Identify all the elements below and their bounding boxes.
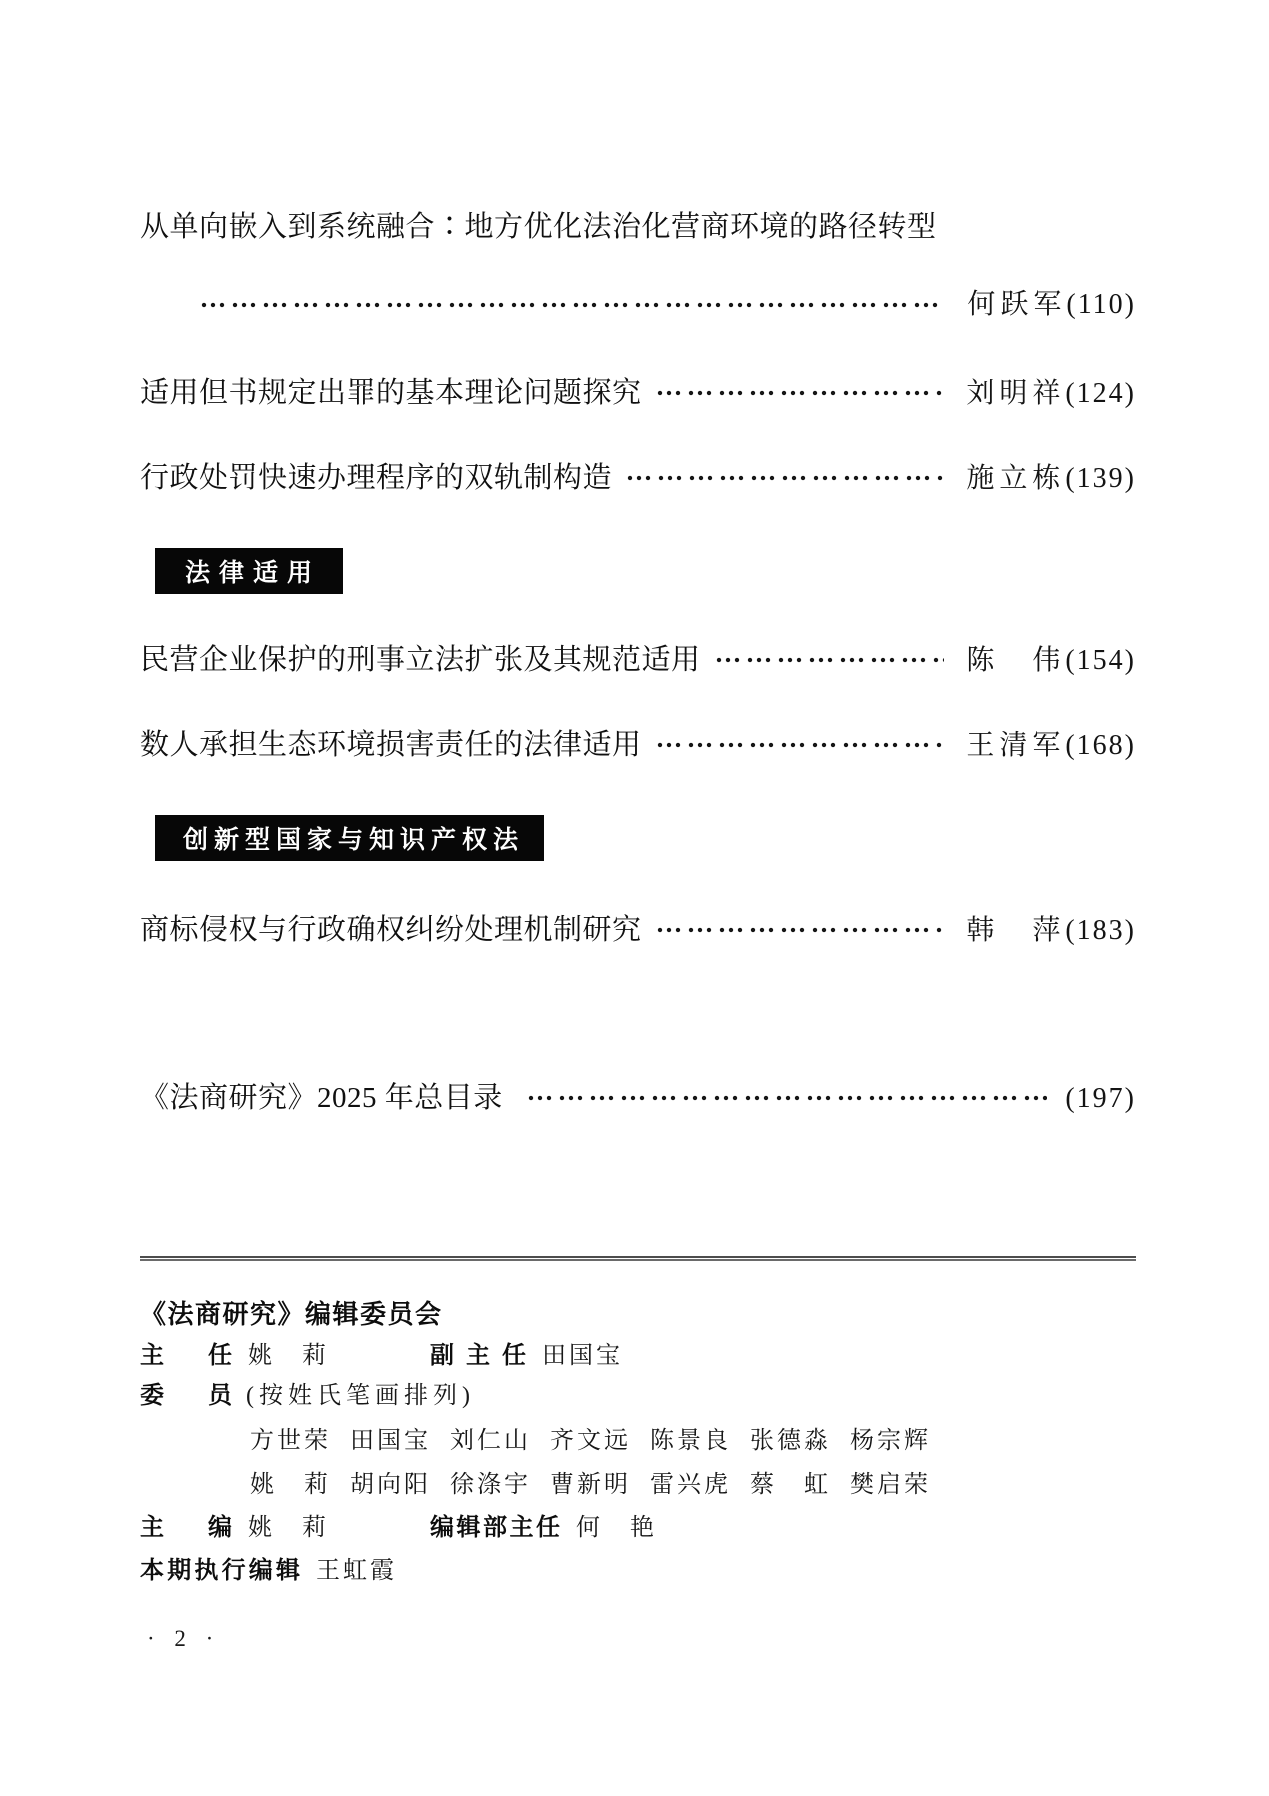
article-page-number: (139): [1065, 458, 1136, 500]
deputy-director-name: 田国宝: [542, 1339, 623, 1373]
member-name: 樊启荣: [850, 1468, 931, 1502]
article-page-number: (110): [1066, 284, 1136, 326]
editorial-members-row-1: 方世荣 田国宝 刘仁山 齐文远 陈景良 张德淼 杨宗辉: [140, 1424, 1136, 1458]
dept-director-name: 何 艳: [576, 1511, 657, 1545]
member-name: 徐涤宇: [450, 1468, 531, 1502]
toc-entry-row: 从单向嵌入到系统融合∶地方优化法治化营商环境的路径转型: [140, 206, 1136, 248]
toc-entry-row: 商标侵权与行政确权纠纷处理机制研究 韩 萍 (183): [140, 909, 1136, 951]
article-title: 从单向嵌入到系统融合∶地方优化法治化营商环境的路径转型: [140, 206, 937, 248]
section-header-label: 法律适用: [185, 553, 321, 589]
page-number: · 2 ·: [147, 1626, 220, 1652]
dotted-leader: [626, 457, 944, 499]
dotted-leader: [656, 372, 945, 414]
toc-entry-row: 适用但书规定出罪的基本理论问题探究 刘明祥 (124): [140, 372, 1136, 414]
executive-editor-name: 王虹霞: [316, 1554, 397, 1588]
article-author: 王清军: [966, 725, 1065, 767]
editorial-members-row-2: 姚 莉 胡向阳 徐涤宇 曹新明 雷兴虎 蔡 虹 樊启荣: [140, 1468, 1136, 1502]
section-header-label: 创新型国家与知识产权法: [183, 820, 524, 856]
toc-entry-row: 行政处罚快速办理程序的双轨制构造 施立栋 (139): [140, 457, 1136, 499]
toc-annual-index-row: 《法商研究》2025 年总目录 (197): [140, 1077, 1136, 1119]
article-title: 商标侵权与行政确权纠纷处理机制研究: [140, 909, 642, 951]
members-sorting-note: (按姓氏笔画排列): [246, 1379, 475, 1413]
member-name: 田国宝: [350, 1424, 431, 1458]
journal-toc-page: 从单向嵌入到系统融合∶地方优化法治化营商环境的路径转型 何跃军 (110) 适用…: [0, 0, 1269, 1796]
member-name: 曹新明: [550, 1468, 631, 1502]
director-label: 主任: [140, 1339, 232, 1373]
editorial-members-label-row: 委员 (按姓氏笔画排列): [140, 1379, 1136, 1413]
dotted-leader: [715, 639, 945, 681]
dotted-leader: [527, 1077, 1048, 1119]
article-author: 施立栋: [966, 458, 1065, 500]
article-title: 行政处罚快速办理程序的双轨制构造: [140, 457, 612, 499]
annual-index-title: 《法商研究》2025 年总目录: [140, 1077, 503, 1119]
double-rule-divider: [140, 1256, 1136, 1261]
article-title: 适用但书规定出罪的基本理论问题探究: [140, 372, 642, 414]
article-title: 民营企业保护的刑事立法扩张及其规范适用: [140, 639, 701, 681]
director-pair: 主任 姚 莉: [140, 1339, 430, 1373]
dotted-leader: [656, 909, 945, 951]
toc-entry-row: 民营企业保护的刑事立法扩张及其规范适用 陈 伟 (154): [140, 639, 1136, 681]
article-page-number: (154): [1065, 640, 1136, 682]
editorial-executive-editor-row: 本期执行编辑 王虹霞: [140, 1554, 1136, 1588]
member-name: 胡向阳: [350, 1468, 431, 1502]
dotted-leader: [656, 724, 945, 766]
member-name: 杨宗辉: [850, 1424, 931, 1458]
dept-director-label: 编辑部主任: [430, 1511, 560, 1545]
editorial-director-row: 主任 姚 莉 副主任 田国宝: [140, 1339, 1136, 1373]
article-author: 刘明祥: [966, 373, 1065, 415]
dotted-leader: [200, 284, 945, 326]
toc-entry-continuation-row: 何跃军 (110): [140, 284, 1136, 326]
article-author: 陈 伟: [966, 640, 1065, 682]
editorial-board-heading: 《法商研究》编辑委员会: [140, 1294, 443, 1331]
member-name: 齐文远: [550, 1424, 631, 1458]
editorial-chief-editor-row: 主编 姚 莉 编辑部主任 何 艳: [140, 1511, 1136, 1545]
member-name: 雷兴虎: [650, 1468, 731, 1502]
article-page-number: (183): [1065, 910, 1136, 952]
article-page-number: (124): [1065, 373, 1136, 415]
article-author: 韩 萍: [966, 910, 1065, 952]
section-header-innovation-ip-law: 创新型国家与知识产权法: [155, 815, 544, 861]
members-label: 委员: [140, 1379, 232, 1413]
member-name: 刘仁山: [450, 1424, 531, 1458]
article-page-number: (168): [1065, 725, 1136, 767]
member-name: 蔡 虹: [750, 1468, 831, 1502]
chief-editor-name: 姚 莉: [248, 1511, 329, 1545]
director-name: 姚 莉: [248, 1339, 329, 1373]
article-title: 数人承担生态环境损害责任的法律适用: [140, 724, 642, 766]
member-name: 张德淼: [750, 1424, 831, 1458]
article-author: 何跃军: [967, 284, 1066, 326]
chief-editor-pair: 主编 姚 莉: [140, 1511, 430, 1545]
article-page-number: (197): [1065, 1078, 1136, 1120]
section-header-legal-application: 法律适用: [155, 548, 343, 594]
member-name: 方世荣: [250, 1424, 331, 1458]
member-name: 姚 莉: [250, 1468, 331, 1502]
member-name: 陈景良: [650, 1424, 731, 1458]
chief-editor-label: 主编: [140, 1511, 232, 1545]
deputy-director-label: 副主任: [430, 1339, 526, 1373]
toc-entry-row: 数人承担生态环境损害责任的法律适用 王清军 (168): [140, 724, 1136, 766]
executive-editor-label: 本期执行编辑: [140, 1554, 300, 1588]
